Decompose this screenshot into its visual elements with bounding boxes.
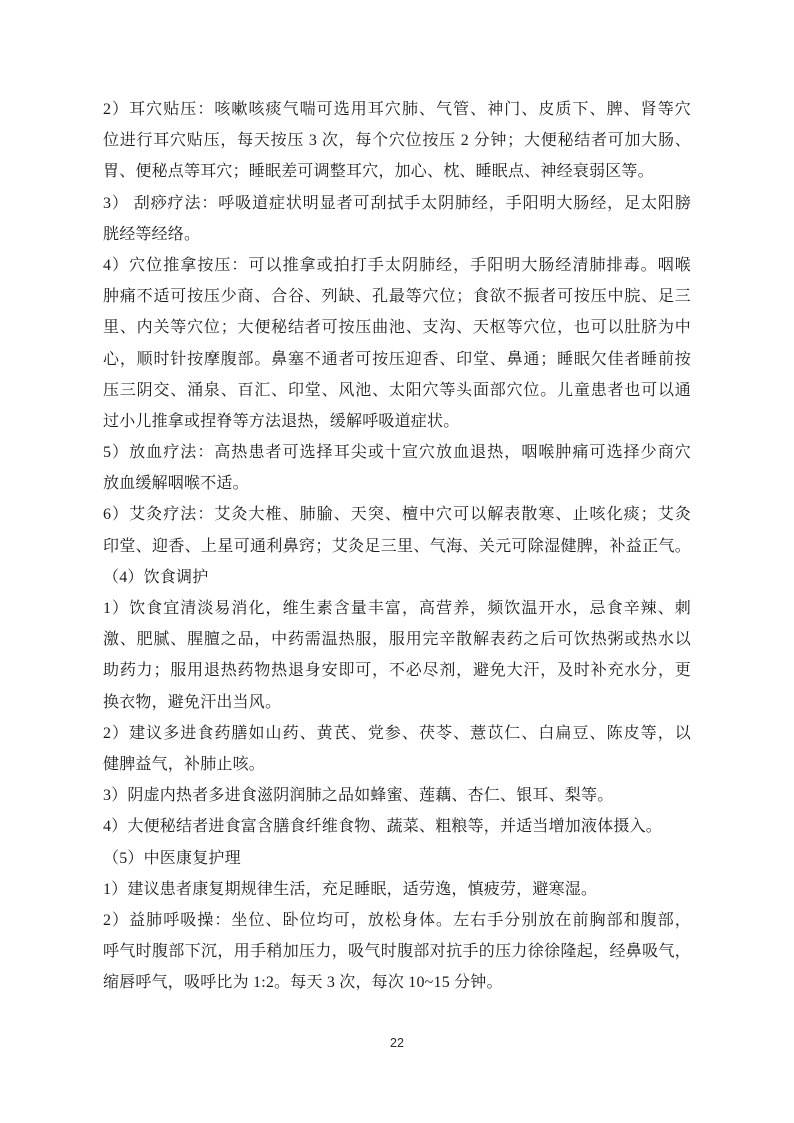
paragraph: 4）大便秘结者进食富含膳食纤维食物、蔬菜、粗粮等，并适当增加液体摄入。 [103, 811, 691, 842]
text-line: 4）大便秘结者进食富含膳食纤维食物、蔬菜、粗粮等，并适当增加液体摄入。 [103, 811, 691, 842]
text-line: 4）穴位推拿按压：可以推拿或拍打手太阴肺经，手阳明大肠经清肺排毒。咽喉 [103, 250, 691, 281]
text-line: 激、肥腻、腥膻之品，中药需温热服，服用完辛散解表药之后可饮热粥或热水以 [103, 624, 691, 655]
text-line: 过小儿推拿或捏脊等方法退热，缓解呼吸道症状。 [103, 406, 691, 437]
text-line: 1）饮食宜清淡易消化，维生素含量丰富，高营养，频饮温开水，忌食辛辣、刺 [103, 593, 691, 624]
text-line: 2）耳穴贴压：咳嗽咳痰气喘可选用耳穴肺、气管、神门、皮质下、脾、肾等穴 [103, 94, 691, 125]
paragraph: 4）穴位推拿按压：可以推拿或拍打手太阴肺经，手阳明大肠经清肺排毒。咽喉肿痛不适可… [103, 250, 691, 437]
text-line: 2）建议多进食药膳如山药、黄芪、党参、茯苓、薏苡仁、白扁豆、陈皮等，以 [103, 718, 691, 749]
paragraph: 3）阴虚内热者多进食滋阴润肺之品如蜂蜜、莲藕、杏仁、银耳、梨等。 [103, 780, 691, 811]
text-line: 3）阴虚内热者多进食滋阴润肺之品如蜂蜜、莲藕、杏仁、银耳、梨等。 [103, 780, 691, 811]
paragraph: （4）饮食调护 [103, 562, 691, 593]
paragraph: 1）饮食宜清淡易消化，维生素含量丰富，高营养，频饮温开水，忌食辛辣、刺激、肥腻、… [103, 593, 691, 718]
page-number: 22 [0, 1036, 794, 1050]
text-line: 缩唇呼气，吸呼比为 1:2。每天 3 次，每次 10~15 分钟。 [103, 967, 691, 998]
paragraph: 3） 刮痧疗法：呼吸道症状明显者可刮拭手太阴肺经，手阳明大肠经，足太阳膀胱经等经… [103, 188, 691, 250]
document-body: 2）耳穴贴压：咳嗽咳痰气喘可选用耳穴肺、气管、神门、皮质下、脾、肾等穴位进行耳穴… [103, 94, 691, 998]
text-line: 印堂、迎香、上星可通利鼻窍；艾灸足三里、气海、关元可除湿健脾，补益正气。 [103, 531, 691, 562]
text-line: 健脾益气，补肺止咳。 [103, 749, 691, 780]
paragraph: 5）放血疗法：高热患者可选择耳尖或十宣穴放血退热，咽喉肿痛可选择少商穴放血缓解咽… [103, 437, 691, 499]
text-line: 放血缓解咽喉不适。 [103, 468, 691, 499]
document-page: 2）耳穴贴压：咳嗽咳痰气喘可选用耳穴肺、气管、神门、皮质下、脾、肾等穴位进行耳穴… [0, 0, 794, 1123]
text-line: 胱经等经络。 [103, 219, 691, 250]
text-line: 压三阴交、涌泉、百汇、印堂、风池、太阳穴等头面部穴位。儿童患者也可以通 [103, 375, 691, 406]
paragraph: （5）中医康复护理 [103, 843, 691, 874]
text-line: 位进行耳穴贴压，每天按压 3 次，每个穴位按压 2 分钟；大便秘结者可加大肠、 [103, 125, 691, 156]
text-line: （5）中医康复护理 [103, 843, 691, 874]
paragraph: 1）建议患者康复期规律生活，充足睡眠，适劳逸，慎疲劳，避寒湿。 [103, 874, 691, 905]
text-line: （4）饮食调护 [103, 562, 691, 593]
text-line: 胃、便秘点等耳穴；睡眠差可调整耳穴，加心、枕、睡眠点、神经衰弱区等。 [103, 156, 691, 187]
paragraph: 2）耳穴贴压：咳嗽咳痰气喘可选用耳穴肺、气管、神门、皮质下、脾、肾等穴位进行耳穴… [103, 94, 691, 188]
text-line: 5）放血疗法：高热患者可选择耳尖或十宣穴放血退热，咽喉肿痛可选择少商穴 [103, 437, 691, 468]
text-line: 肿痛不适可按压少商、合谷、列缺、孔最等穴位；食欲不振者可按压中脘、足三 [103, 281, 691, 312]
text-line: 换衣物，避免汗出当风。 [103, 687, 691, 718]
text-line: 2）益肺呼吸操：坐位、卧位均可，放松身体。左右手分别放在前胸部和腹部， [103, 905, 691, 936]
text-line: 6）艾灸疗法：艾灸大椎、肺腧、天突、檀中穴可以解表散寒、止咳化痰；艾灸 [103, 499, 691, 530]
text-line: 里、内关等穴位；大便秘结者可按压曲池、支沟、天枢等穴位，也可以肚脐为中 [103, 312, 691, 343]
paragraph: 6）艾灸疗法：艾灸大椎、肺腧、天突、檀中穴可以解表散寒、止咳化痰；艾灸印堂、迎香… [103, 499, 691, 561]
text-line: 3） 刮痧疗法：呼吸道症状明显者可刮拭手太阴肺经，手阳明大肠经，足太阳膀 [103, 188, 691, 219]
text-line: 心，顺时针按摩腹部。鼻塞不通者可按压迎香、印堂、鼻通；睡眠欠佳者睡前按 [103, 344, 691, 375]
text-line: 1）建议患者康复期规律生活，充足睡眠，适劳逸，慎疲劳，避寒湿。 [103, 874, 691, 905]
paragraph: 2）建议多进食药膳如山药、黄芪、党参、茯苓、薏苡仁、白扁豆、陈皮等，以健脾益气，… [103, 718, 691, 780]
paragraph: 2）益肺呼吸操：坐位、卧位均可，放松身体。左右手分别放在前胸部和腹部，呼气时腹部… [103, 905, 691, 999]
text-line: 呼气时腹部下沉，用手稍加压力，吸气时腹部对抗手的压力徐徐隆起，经鼻吸气， [103, 936, 691, 967]
text-line: 助药力；服用退热药物热退身安即可，不必尽剂，避免大汗，及时补充水分，更 [103, 655, 691, 686]
